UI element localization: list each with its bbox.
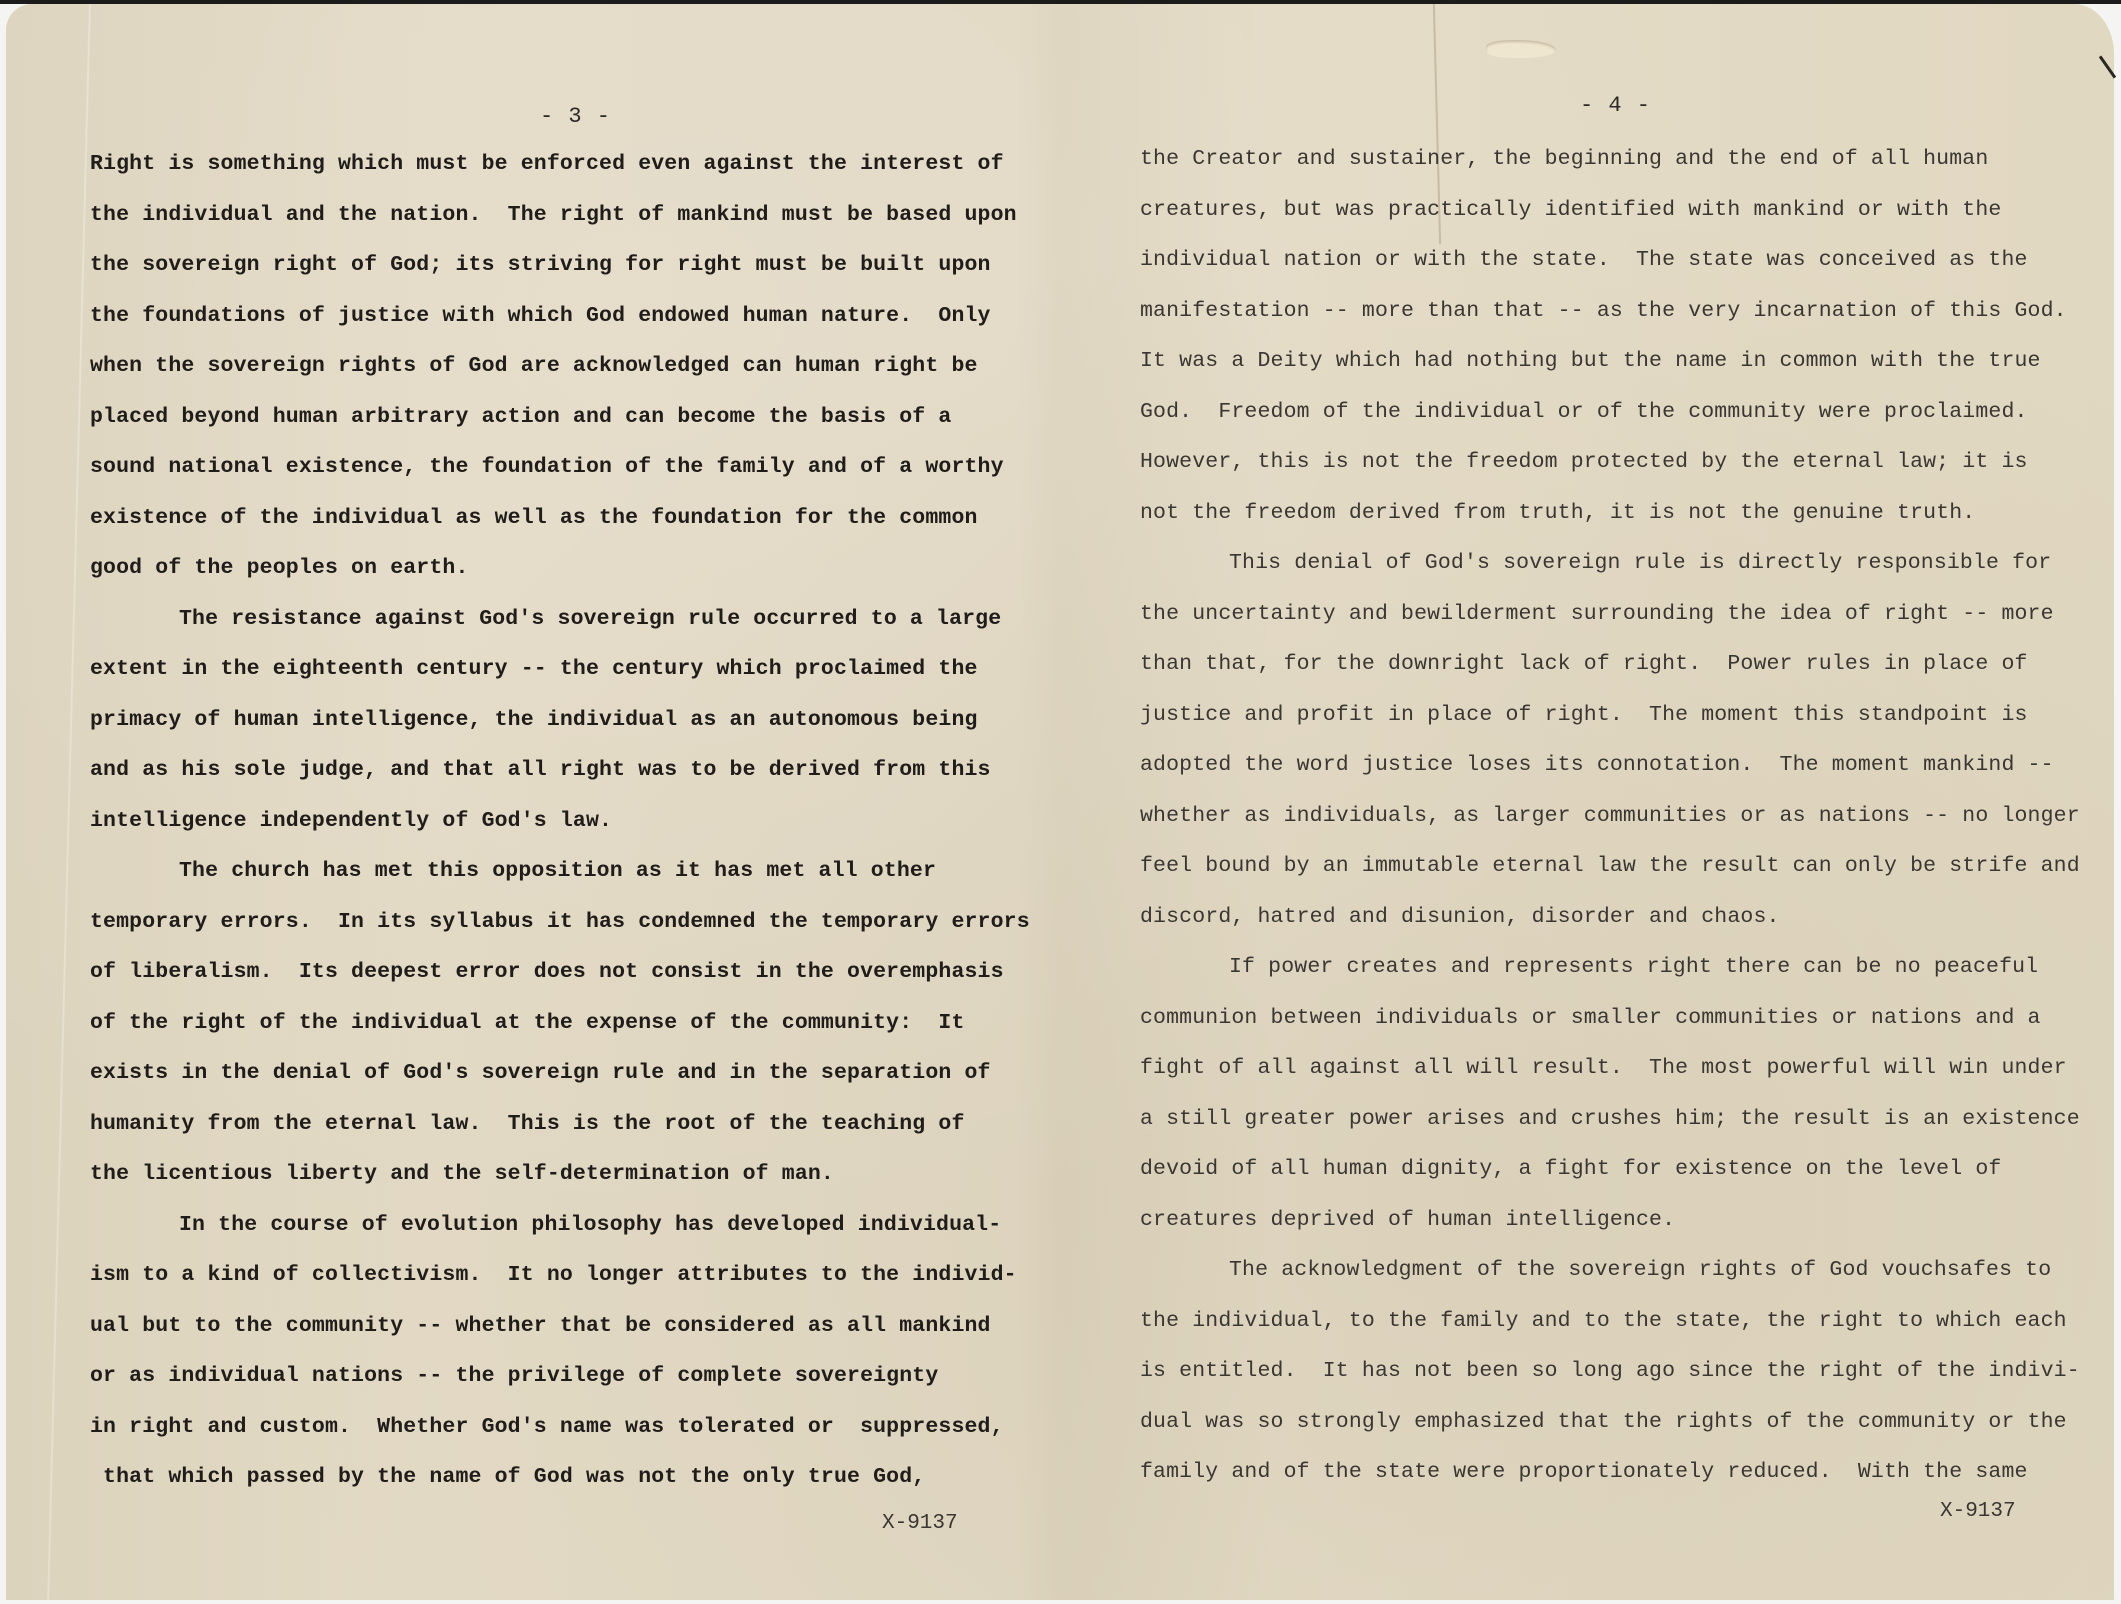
page-body: the Creator and sustainer, the beginning… — [1140, 142, 2121, 1506]
page-number: - 4 - — [1580, 93, 1651, 118]
text-line: of the right of the individual at the ex… — [90, 1006, 1090, 1057]
text-line: the foundations of justice with which Go… — [90, 299, 1090, 350]
paragraph-start-line: The acknowledgment of the sovereign righ… — [1140, 1253, 2121, 1304]
document-reference-number: X-9137 — [882, 1512, 958, 1535]
text-line: the individual, to the family and to the… — [1140, 1304, 2121, 1355]
text-line: temporary errors. In its syllabus it has… — [90, 905, 1090, 956]
text-line: Right is something which must be enforce… — [90, 147, 1090, 198]
text-line: the licentious liberty and the self-dete… — [90, 1157, 1090, 1208]
text-line: exists in the denial of God's sovereign … — [90, 1056, 1090, 1107]
text-line: and as his sole judge, and that all righ… — [90, 753, 1090, 804]
text-line: feel bound by an immutable eternal law t… — [1140, 849, 2121, 900]
text-line: sound national existence, the foundation… — [90, 450, 1090, 501]
text-line: creatures, but was practically identifie… — [1140, 193, 2121, 244]
text-line: the Creator and sustainer, the beginning… — [1140, 142, 2121, 193]
text-line: existence of the individual as well as t… — [90, 501, 1090, 552]
page-body: Right is something which must be enforce… — [90, 147, 1090, 1511]
paragraph-start-line: The resistance against God's sovereign r… — [90, 602, 1090, 653]
text-line: placed beyond human arbitrary action and… — [90, 400, 1090, 451]
text-line: individual nation or with the state. The… — [1140, 243, 2121, 294]
text-line: the uncertainty and bewilderment surroun… — [1140, 597, 2121, 648]
text-line: when the sovereign rights of God are ack… — [90, 349, 1090, 400]
text-line: manifestation -- more than that -- as th… — [1140, 294, 2121, 345]
text-line: humanity from the eternal law. This is t… — [90, 1107, 1090, 1158]
text-line: family and of the state were proportiona… — [1140, 1455, 2121, 1506]
paper-tear-mark — [1486, 40, 1556, 58]
text-line: or as individual nations -- the privileg… — [90, 1359, 1090, 1410]
text-line: is entitled. It has not been so long ago… — [1140, 1354, 2121, 1405]
page-number: - 3 - — [540, 104, 611, 129]
paragraph-start-line: If power creates and represents right th… — [1140, 950, 2121, 1001]
text-line: creatures deprived of human intelligence… — [1140, 1203, 2121, 1254]
text-line: It was a Deity which had nothing but the… — [1140, 344, 2121, 395]
text-line: fight of all against all will result. Th… — [1140, 1051, 2121, 1102]
paper-sheet: - 3 - Right is something which must be e… — [6, 4, 2114, 1600]
text-line: devoid of all human dignity, a fight for… — [1140, 1152, 2121, 1203]
paragraph-start-line: The church has met this opposition as it… — [90, 854, 1090, 905]
text-line: not the freedom derived from truth, it i… — [1140, 496, 2121, 547]
text-line: that which passed by the name of God was… — [90, 1460, 1090, 1511]
text-line: in right and custom. Whether God's name … — [90, 1410, 1090, 1461]
text-line: ism to a kind of collectivism. It no lon… — [90, 1258, 1090, 1309]
text-line: extent in the eighteenth century -- the … — [90, 652, 1090, 703]
text-line: ual but to the community -- whether that… — [90, 1309, 1090, 1360]
text-line: the individual and the nation. The right… — [90, 198, 1090, 249]
paper-crease-left — [47, 4, 91, 1600]
paragraph-start-line: In the course of evolution philosophy ha… — [90, 1208, 1090, 1259]
text-line: good of the peoples on earth. — [90, 551, 1090, 602]
text-line: than that, for the downright lack of rig… — [1140, 647, 2121, 698]
text-line: God. Freedom of the individual or of the… — [1140, 395, 2121, 446]
text-line: intelligence independently of God's law. — [90, 804, 1090, 855]
text-line: primacy of human intelligence, the indiv… — [90, 703, 1090, 754]
corner-pen-mark — [2099, 55, 2116, 78]
text-line: a still greater power arises and crushes… — [1140, 1102, 2121, 1153]
text-line: the sovereign right of God; its striving… — [90, 248, 1090, 299]
text-line: of liberalism. Its deepest error does no… — [90, 955, 1090, 1006]
text-line: adopted the word justice loses its conno… — [1140, 748, 2121, 799]
text-line: justice and profit in place of right. Th… — [1140, 698, 2121, 749]
text-line: dual was so strongly emphasized that the… — [1140, 1405, 2121, 1456]
text-line: However, this is not the freedom protect… — [1140, 445, 2121, 496]
text-line: discord, hatred and disunion, disorder a… — [1140, 900, 2121, 951]
document-reference-number: X-9137 — [1940, 1500, 2016, 1523]
text-line: whether as individuals, as larger commun… — [1140, 799, 2121, 850]
paragraph-start-line: This denial of God's sovereign rule is d… — [1140, 546, 2121, 597]
text-line: communion between individuals or smaller… — [1140, 1001, 2121, 1052]
